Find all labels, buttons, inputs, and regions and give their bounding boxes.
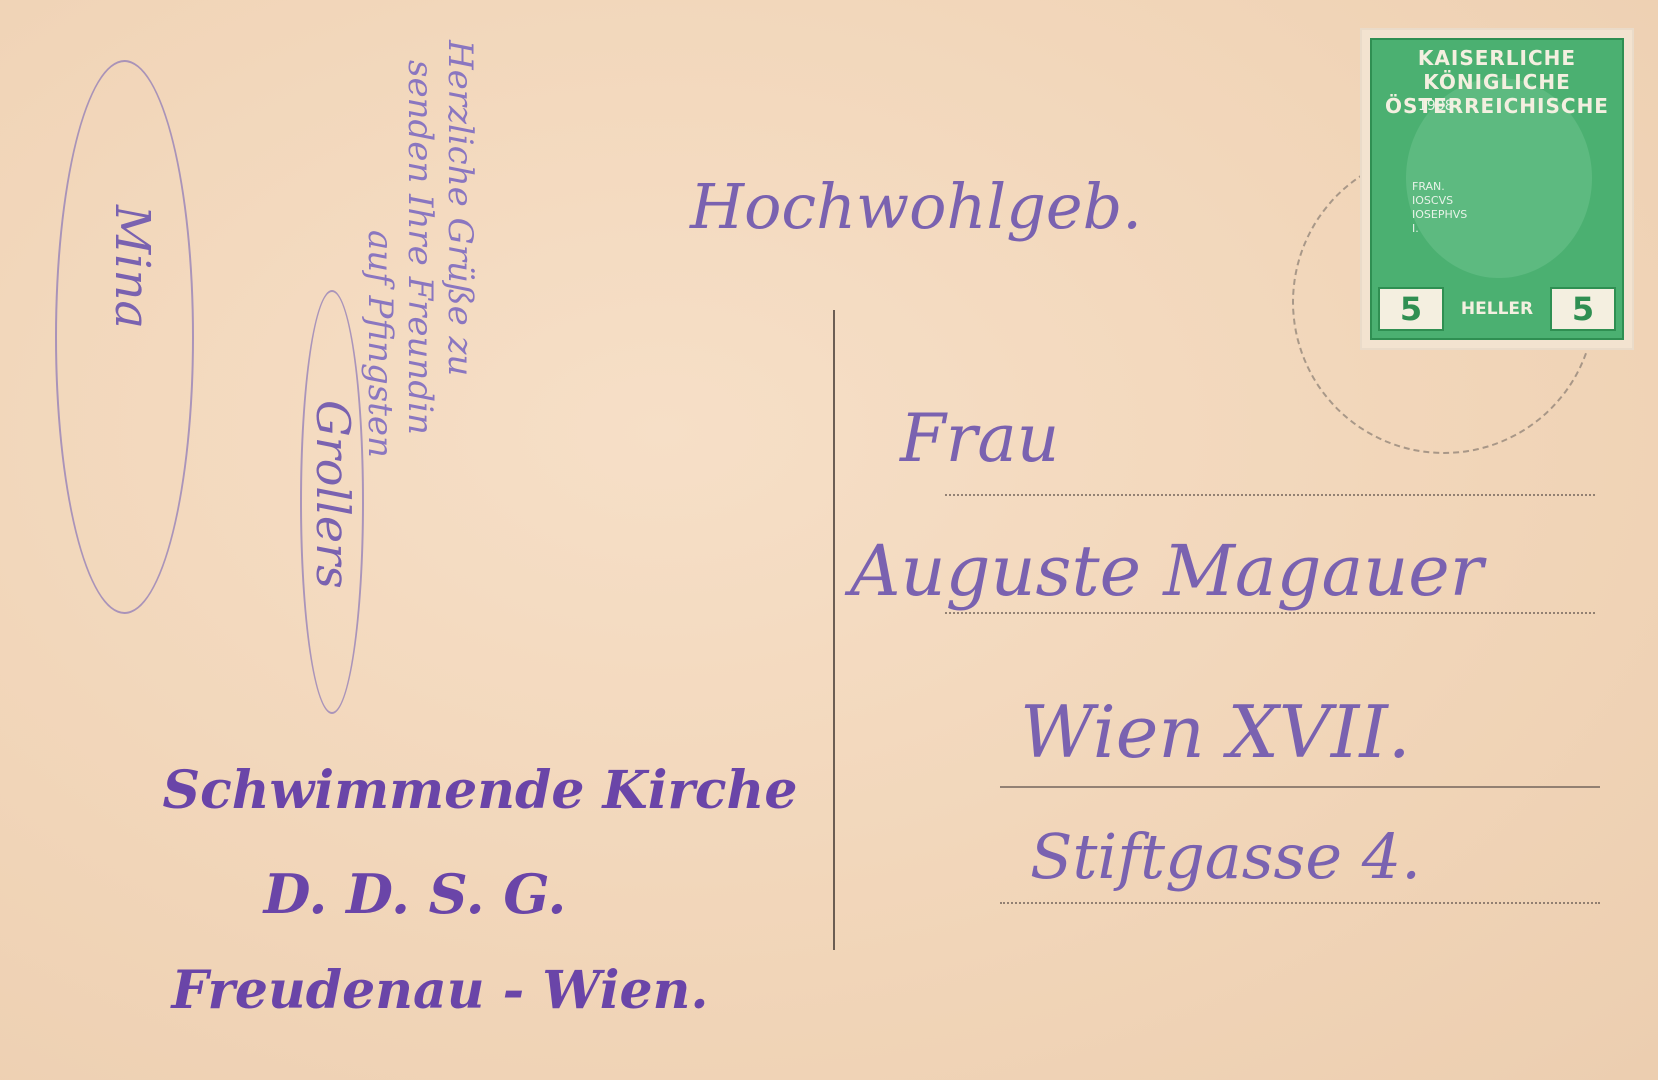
address-line-3 (1000, 786, 1600, 788)
stamp-portrait-line: I. (1412, 222, 1467, 236)
stamp-portrait-line: IOSCVS (1412, 194, 1467, 208)
message-line-2: senden Ihre Freundin (400, 60, 440, 435)
stamp-portrait-line: FRAN. (1412, 180, 1467, 194)
stamp-face: KAISERLICHE KÖNIGLICHE ÖSTERREICHISCHE 1… (1370, 38, 1624, 340)
address-line-4 (1000, 902, 1600, 904)
address-salutation: Hochwohlgeb. (690, 170, 1142, 243)
postcard-back: KAISERLICHE KÖNIGLICHE ÖSTERREICHISCHE 1… (0, 0, 1658, 1080)
stamp-value-left: 5 (1378, 287, 1444, 331)
name-flourish (55, 60, 194, 614)
stamp-portrait-line: IOSEPHVS (1412, 208, 1467, 222)
stamp-inscription: KAISERLICHE KÖNIGLICHE ÖSTERREICHISCHE (1378, 46, 1616, 118)
stamp-portrait-text: FRAN. IOSCVS IOSEPHVS I. (1412, 180, 1467, 236)
message-line-1: Herzliche Grüße zu (440, 40, 480, 376)
rubber-stamp-line-1: Schwimmende Kirche (120, 760, 840, 821)
rubber-stamp-line-3: Freudenau - Wien. (120, 960, 760, 1021)
stamp-year: 1908 (1418, 98, 1454, 114)
address-line-1 (945, 494, 1595, 496)
left-name: Mina (104, 205, 160, 329)
center-divider-line (833, 310, 835, 950)
message-line-3: auf Pfingsten (360, 230, 400, 458)
address-title: Frau (900, 400, 1059, 477)
signature: Grollers (306, 400, 360, 589)
address-street: Stiftgasse 4. (1030, 820, 1421, 893)
stamp-value-right: 5 (1550, 287, 1616, 331)
address-line-2 (945, 612, 1595, 614)
stamp-value-row: 5 HELLER 5 (1378, 286, 1616, 332)
postage-stamp: KAISERLICHE KÖNIGLICHE ÖSTERREICHISCHE 1… (1362, 30, 1632, 348)
stamp-currency: HELLER (1461, 299, 1533, 319)
address-name: Auguste Magauer (850, 530, 1483, 612)
rubber-stamp-line-2: D. D. S. G. (120, 862, 710, 926)
address-city: Wien XVII. (1020, 690, 1411, 774)
